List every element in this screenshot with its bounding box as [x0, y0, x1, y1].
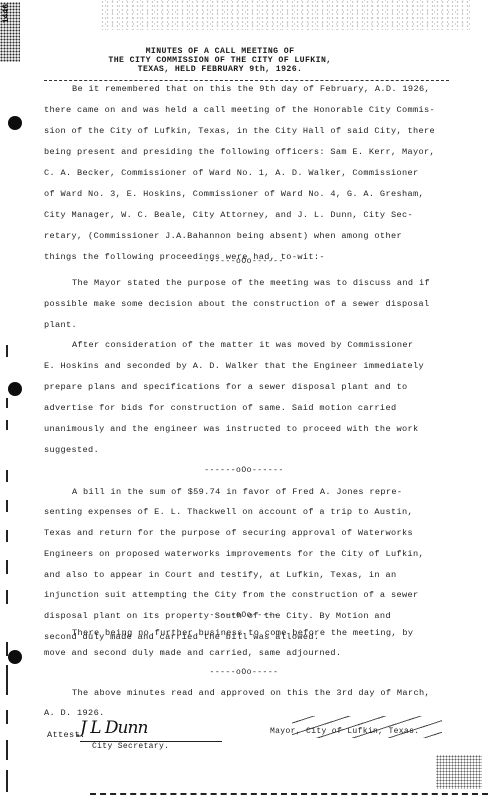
text-line: E. Hoskins and seconded by A. D. Walker … [44, 361, 424, 371]
text-line: Be it remembered that on this the 9th da… [72, 84, 430, 94]
text-line: senting expenses of E. L. Thackwell on a… [44, 507, 413, 517]
text-line: retary, (Commissioner J.A.Bahannon being… [44, 231, 402, 241]
title-line: TEXAS, HELD FEBRUARY 9th, 1926. [40, 65, 400, 74]
text-line: prepare plans and specifications for a s… [44, 382, 407, 392]
text-line: The Mayor stated the purpose of the meet… [72, 278, 430, 288]
page-number-stamp: 1446 [2, 4, 14, 23]
title-line: THE CITY COMMISSION OF THE CITY OF LUFKI… [40, 56, 400, 65]
text-line: plant. [44, 320, 77, 330]
text-line: advertise for bids for construction of s… [44, 403, 396, 413]
text-line: The above minutes read and approved on t… [72, 688, 430, 698]
text-line: A bill in the sum of $59.74 in favor of … [72, 487, 402, 497]
text-line: move and second duly made and carried, s… [44, 648, 341, 658]
text-line: of Ward No. 3, E. Hoskins, Commissioner … [44, 189, 424, 199]
text-line: Texas and return for the purpose of secu… [44, 528, 413, 538]
text-line: City Manager, W. C. Beale, City Attorney… [44, 210, 413, 220]
section-separator: ------oOo------ [0, 466, 488, 475]
scanned-document-page: 1446 MINUTES OF A CALL MEETING OF THE CI… [0, 0, 488, 800]
margin-mark [6, 770, 8, 792]
text-line: possible make some decision about the co… [44, 299, 430, 309]
scan-smudge [436, 755, 482, 789]
text-line: A. D. 1926. [44, 708, 105, 718]
text-line: There being no further business to come … [72, 628, 413, 638]
margin-mark [6, 500, 8, 512]
scan-noise-top [100, 0, 470, 30]
text-line: suggested. [44, 445, 99, 455]
text-line: being present and presiding the followin… [44, 147, 435, 157]
attest-title: City Secretary. [92, 742, 169, 752]
bottom-edge-rule [90, 793, 488, 795]
document-title: MINUTES OF A CALL MEETING OF THE CITY CO… [40, 47, 400, 74]
mayor-title: Mayor, City of Lufkin, Texas. [270, 727, 419, 737]
section-separator: -----oOo----- [0, 611, 488, 620]
attest-signature: J L Dunn [80, 718, 147, 738]
margin-mark [6, 642, 8, 656]
margin-mark [6, 590, 8, 604]
margin-mark [6, 740, 8, 760]
text-line: unanimously and the engineer was instruc… [44, 424, 418, 434]
text-line: C. A. Becker, Commissioner of Ward No. 1… [44, 168, 418, 178]
margin-mark [6, 560, 8, 574]
margin-mark [6, 398, 8, 408]
text-line: injunction suit attempting the City from… [44, 590, 418, 600]
text-line: After consideration of the matter it was… [72, 340, 413, 350]
hole-punch-icon [8, 116, 22, 130]
text-line: sion of the City of Lufkin, Texas, in th… [44, 126, 435, 136]
margin-mark [6, 345, 8, 357]
text-line: Engineers on proposed waterworks improve… [44, 549, 424, 559]
hole-punch-icon [8, 382, 22, 396]
text-line: there came on and was held a call meetin… [44, 105, 435, 115]
margin-mark [6, 420, 8, 430]
text-line: and also to appear in Court and testify,… [44, 570, 396, 580]
hole-punch-icon [8, 650, 22, 664]
section-separator: ------oOo------ [0, 257, 488, 266]
header-rule [44, 80, 449, 82]
margin-mark [6, 710, 8, 724]
title-line: MINUTES OF A CALL MEETING OF [40, 47, 400, 56]
margin-mark [6, 530, 8, 542]
section-separator: -----oOo----- [0, 668, 488, 677]
